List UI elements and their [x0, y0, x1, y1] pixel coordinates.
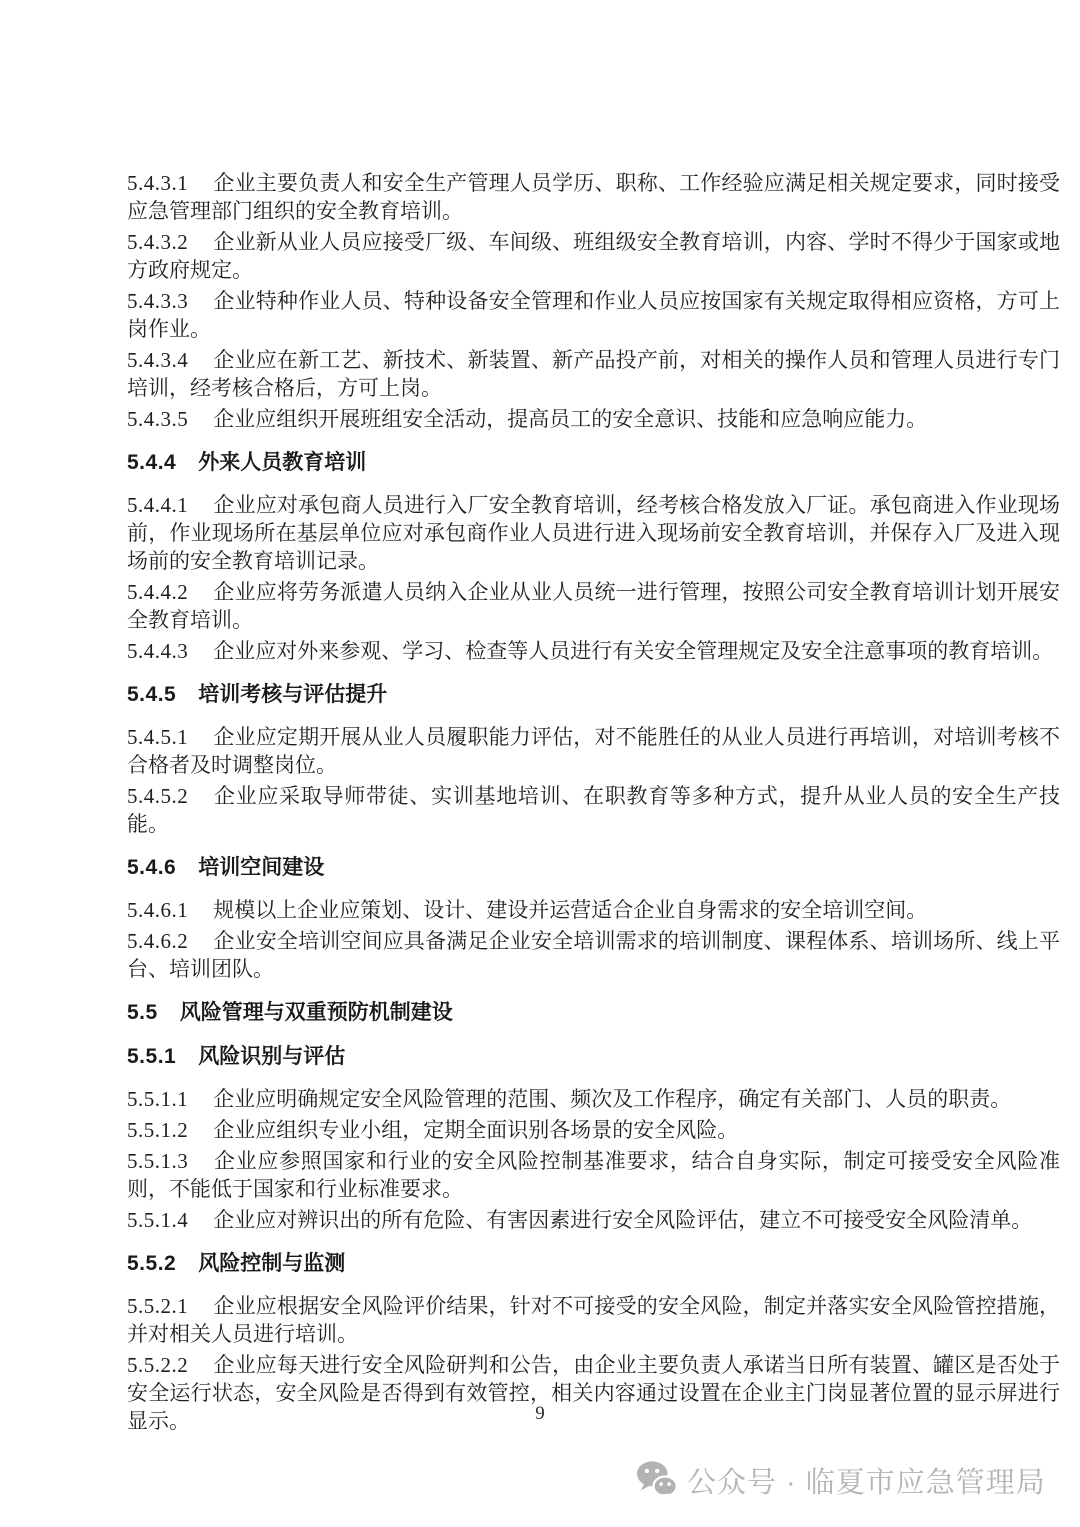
clause-number: 5.4.6.1	[127, 898, 188, 922]
section-heading-5.4.6: 5.4.6培训空间建设	[127, 854, 1060, 882]
clause-text: 企业应对承包商人员进行入厂安全教育培训，经考核合格发放入厂证。承包商进入作业现场…	[127, 493, 1060, 573]
clause-number: 5.5.1.2	[127, 1118, 188, 1142]
clause-5.5.1.1: 5.5.1.1企业应明确规定安全风险管理的范围、频次及工作程序，确定有关部门、人…	[127, 1085, 1060, 1113]
clause-5.4.3.5: 5.4.3.5企业应组织开展班组安全活动，提高员工的安全意识、技能和应急响应能力…	[127, 405, 1060, 433]
wechat-logo-icon	[636, 1460, 678, 1500]
heading-title: 外来人员教育培训	[198, 451, 366, 474]
clause-text: 规模以上企业应策划、设计、建设并运营适合企业自身需求的安全培训空间。	[213, 898, 927, 922]
clause-text: 企业应组织开展班组安全活动，提高员工的安全意识、技能和应急响应能力。	[213, 407, 927, 431]
heading-title: 风险管理与双重预防机制建设	[180, 1001, 453, 1024]
heading-number: 5.4.5	[127, 683, 176, 706]
clause-text: 企业应对辨识出的所有危险、有害因素进行安全风险评估，建立不可接受安全风险清单。	[213, 1208, 1032, 1232]
clause-5.4.6.2: 5.4.6.2企业安全培训空间应具备满足企业安全培训需求的培训制度、课程体系、培…	[127, 927, 1060, 983]
section-heading-5.5.2: 5.5.2风险控制与监测	[127, 1250, 1060, 1278]
watermark-label: 公众号 · 临夏市应急管理局	[687, 1460, 1046, 1501]
clause-5.4.4.2: 5.4.4.2企业应将劳务派遣人员纳入企业从业人员统一进行管理，按照公司安全教育…	[127, 578, 1060, 634]
clause-5.5.1.2: 5.5.1.2企业应组织专业小组，定期全面识别各场景的安全风险。	[127, 1116, 1060, 1144]
clause-text: 企业特种作业人员、特种设备安全管理和作业人员应按国家有关规定取得相应资格，方可上…	[127, 289, 1060, 341]
document-page: 5.4.3.1企业主要负责人和安全生产管理人员学历、职称、工作经验应满足相关规定…	[0, 0, 1080, 1527]
clause-5.4.3.2: 5.4.3.2企业新从业人员应接受厂级、车间级、班组级安全教育培训，内容、学时不…	[127, 228, 1060, 284]
clause-5.4.5.2: 5.4.5.2企业应采取导师带徒、实训基地培训、在职教育等多种方式，提升从业人员…	[127, 782, 1060, 838]
clause-number: 5.5.1.4	[127, 1208, 188, 1232]
clause-text: 企业应组织专业小组，定期全面识别各场景的安全风险。	[213, 1118, 738, 1142]
section-heading-5.5.1: 5.5.1风险识别与评估	[127, 1043, 1060, 1071]
clause-text: 企业应采取导师带徒、实训基地培训、在职教育等多种方式，提升从业人员的安全生产技能…	[127, 784, 1060, 836]
section-heading-5.5: 5.5风险管理与双重预防机制建设	[127, 999, 1060, 1027]
clause-5.5.1.3: 5.5.1.3企业应参照国家和行业的安全风险控制基准要求，结合自身实际，制定可接…	[127, 1147, 1060, 1203]
document-body: 5.4.3.1企业主要负责人和安全生产管理人员学历、职称、工作经验应满足相关规定…	[127, 169, 1060, 1435]
clause-number: 5.4.4.3	[127, 639, 188, 663]
clause-5.4.5.1: 5.4.5.1企业应定期开展从业人员履职能力评估，对不能胜任的从业人员进行再培训…	[127, 723, 1060, 779]
page-number: 9	[0, 1402, 1080, 1426]
section-heading-5.4.5: 5.4.5培训考核与评估提升	[127, 681, 1060, 709]
clause-number: 5.4.6.2	[127, 929, 188, 953]
heading-title: 培训考核与评估提升	[198, 683, 387, 706]
heading-number: 5.4.4	[127, 451, 176, 474]
clause-number: 5.4.3.3	[127, 289, 188, 313]
clause-text: 企业新从业人员应接受厂级、车间级、班组级安全教育培训，内容、学时不得少于国家或地…	[127, 230, 1060, 282]
heading-number: 5.5.1	[127, 1045, 176, 1068]
clause-number: 5.4.3.4	[127, 348, 188, 372]
clause-5.5.1.4: 5.5.1.4企业应对辨识出的所有危险、有害因素进行安全风险评估，建立不可接受安…	[127, 1206, 1060, 1234]
clause-text: 企业应定期开展从业人员履职能力评估，对不能胜任的从业人员进行再培训，对培训考核不…	[127, 725, 1060, 777]
clause-5.5.2.1: 5.5.2.1企业应根据安全风险评价结果，针对不可接受的安全风险，制定并落实安全…	[127, 1292, 1060, 1348]
clause-5.4.4.3: 5.4.4.3企业应对外来参观、学习、检查等人员进行有关安全管理规定及安全注意事…	[127, 637, 1060, 665]
clause-text: 企业应根据安全风险评价结果，针对不可接受的安全风险，制定并落实安全风险管控措施，…	[127, 1294, 1060, 1346]
clause-text: 企业应对外来参观、学习、检查等人员进行有关安全管理规定及安全注意事项的教育培训。	[213, 639, 1053, 663]
clause-number: 5.4.3.5	[127, 407, 188, 431]
clause-5.4.3.4: 5.4.3.4企业应在新工艺、新技术、新装置、新产品投产前，对相关的操作人员和管…	[127, 346, 1060, 402]
clause-text: 企业主要负责人和安全生产管理人员学历、职称、工作经验应满足相关规定要求，同时接受…	[127, 171, 1060, 223]
heading-title: 风险识别与评估	[198, 1045, 345, 1068]
section-heading-5.4.4: 5.4.4外来人员教育培训	[127, 449, 1060, 477]
clause-text: 企业应参照国家和行业的安全风险控制基准要求，结合自身实际，制定可接受安全风险准则…	[127, 1149, 1060, 1201]
clause-text: 企业应在新工艺、新技术、新装置、新产品投产前，对相关的操作人员和管理人员进行专门…	[127, 348, 1060, 400]
wechat-watermark: 公众号 · 临夏市应急管理局	[636, 1456, 1046, 1504]
clause-number: 5.4.5.1	[127, 725, 188, 749]
clause-text: 企业应将劳务派遣人员纳入企业从业人员统一进行管理，按照公司安全教育培训计划开展安…	[127, 580, 1060, 632]
clause-number: 5.4.4.2	[127, 580, 188, 604]
clause-5.4.4.1: 5.4.4.1企业应对承包商人员进行入厂安全教育培训，经考核合格发放入厂证。承包…	[127, 491, 1060, 575]
clause-5.4.3.3: 5.4.3.3企业特种作业人员、特种设备安全管理和作业人员应按国家有关规定取得相…	[127, 287, 1060, 343]
clause-text: 企业安全培训空间应具备满足企业安全培训需求的培训制度、课程体系、培训场所、线上平…	[127, 929, 1060, 981]
heading-number: 5.4.6	[127, 856, 176, 879]
clause-number: 5.5.1.3	[127, 1149, 188, 1173]
clause-number: 5.5.2.1	[127, 1294, 188, 1318]
heading-number: 5.5	[127, 1001, 158, 1024]
clause-number: 5.4.3.2	[127, 230, 188, 254]
heading-number: 5.5.2	[127, 1252, 176, 1275]
clause-number: 5.4.4.1	[127, 493, 188, 517]
clause-number: 5.5.1.1	[127, 1087, 188, 1111]
clause-5.4.3.1: 5.4.3.1企业主要负责人和安全生产管理人员学历、职称、工作经验应满足相关规定…	[127, 169, 1060, 225]
clause-5.4.6.1: 5.4.6.1规模以上企业应策划、设计、建设并运营适合企业自身需求的安全培训空间…	[127, 896, 1060, 924]
heading-title: 培训空间建设	[198, 856, 324, 879]
clause-number: 5.4.5.2	[127, 784, 188, 808]
clause-text: 企业应明确规定安全风险管理的范围、频次及工作程序，确定有关部门、人员的职责。	[213, 1087, 1011, 1111]
clause-number: 5.5.2.2	[127, 1353, 188, 1377]
heading-title: 风险控制与监测	[198, 1252, 345, 1275]
clause-number: 5.4.3.1	[127, 171, 188, 195]
